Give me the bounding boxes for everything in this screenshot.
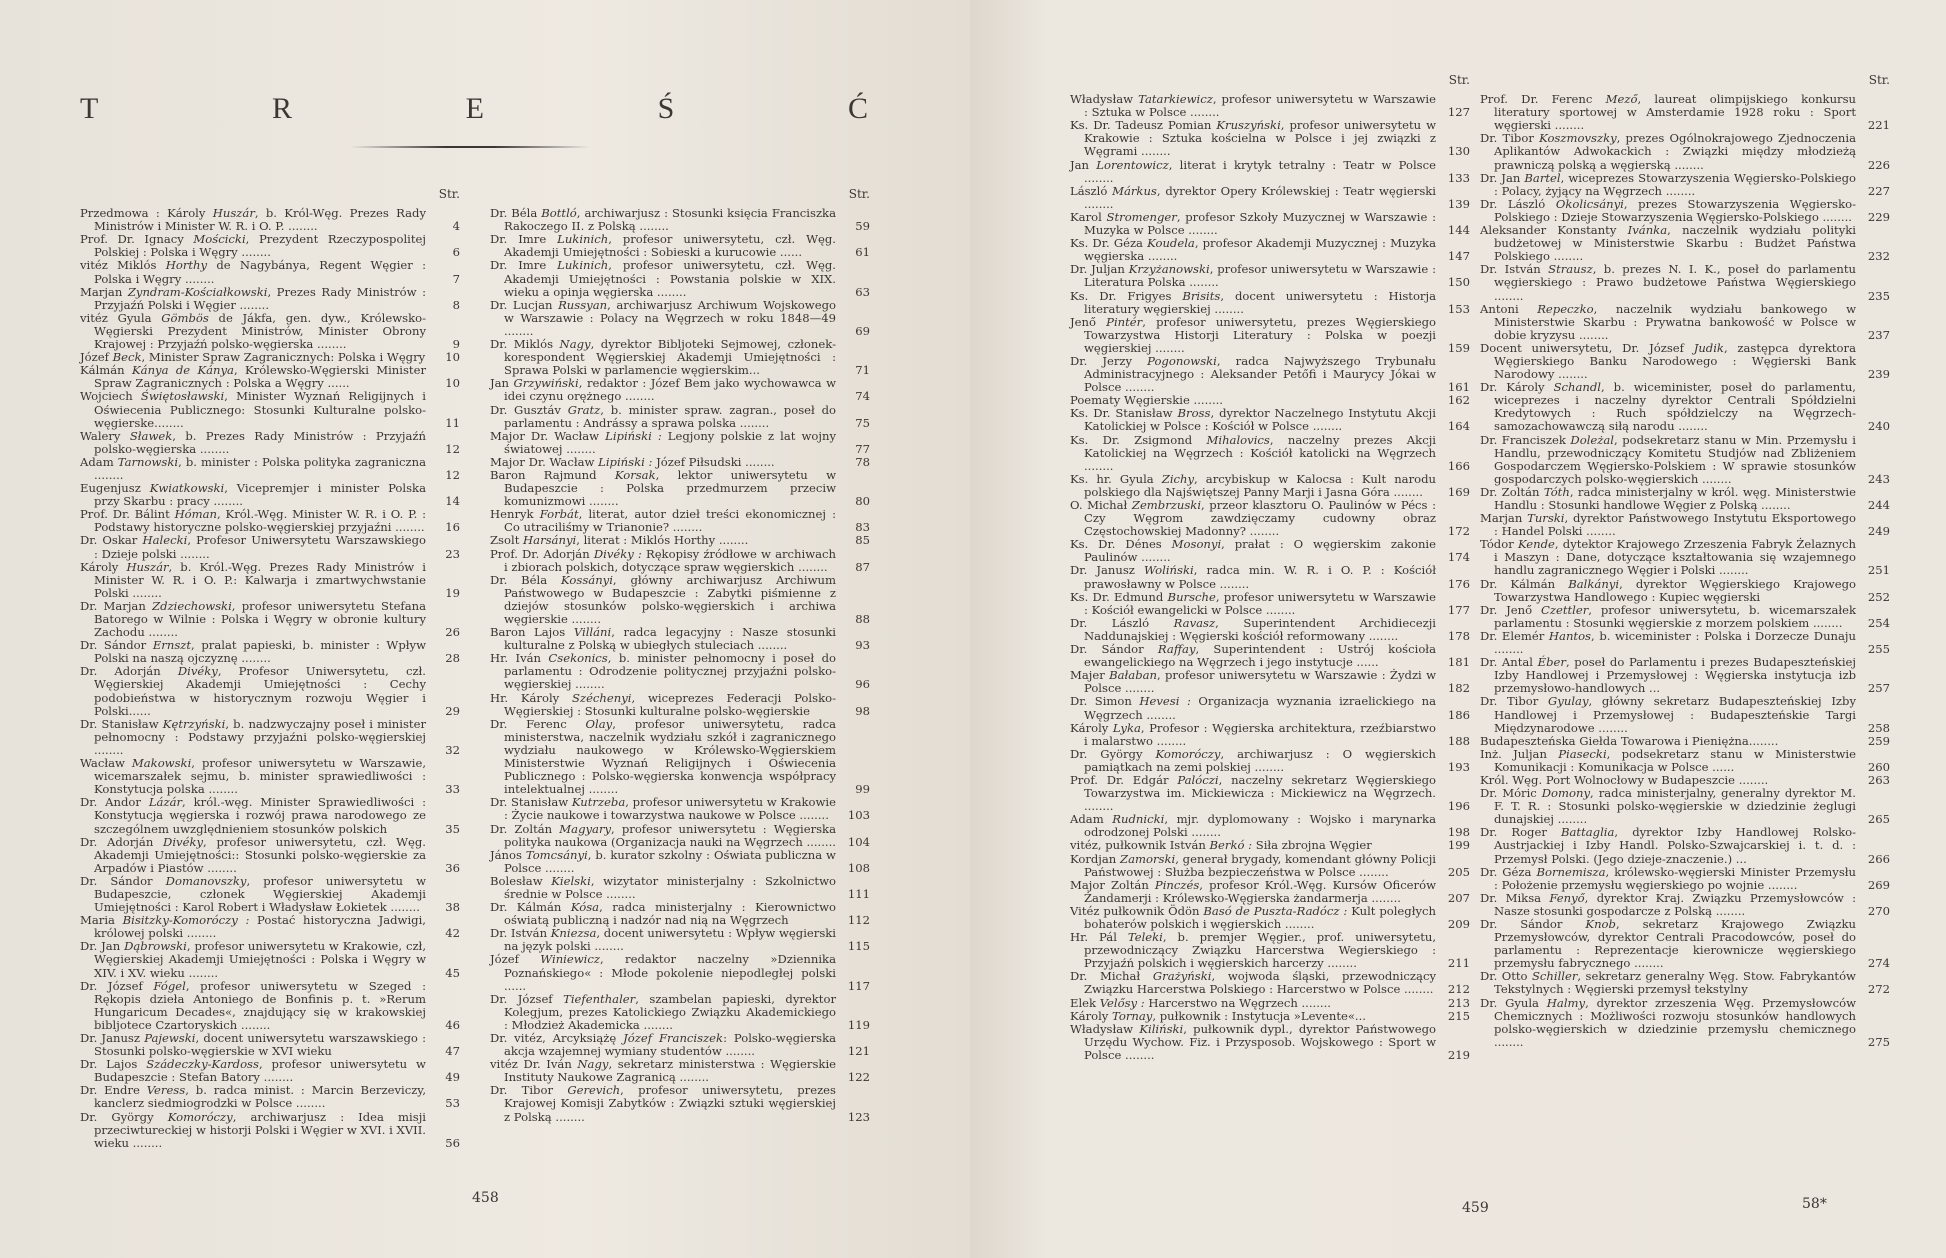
page-ref: 16 <box>426 521 460 534</box>
toc-entry: Baron Lajos Villáni, radca legacyjny : N… <box>490 626 870 652</box>
entry-prefix: Dr. Imre <box>490 232 557 246</box>
author-surname: Grzywiński <box>514 376 579 390</box>
author-surname: Szádeczky-Kardoss <box>146 1057 259 1071</box>
page-ref: 42 <box>426 927 460 940</box>
page-ref: 112 <box>836 914 870 927</box>
entry-prefix: Przedmowa : Károly <box>80 206 213 220</box>
entry-prefix: Wojciech <box>80 389 141 403</box>
left-page: T R E Ś Ć Str. Przedmowa : Károly Huszár… <box>0 0 970 1258</box>
toc-column-1: Str. Przedmowa : Károly Huszár, b. Król-… <box>80 188 460 1150</box>
page-ref: 147 <box>1436 250 1470 263</box>
entry-prefix: O. Michał <box>1070 498 1132 512</box>
page-ref: 26 <box>426 626 460 639</box>
toc-entry-text: Dr. Janusz Woliński, radca min. W. R. i … <box>1070 564 1436 590</box>
toc-entry: Dr. Elemér Hantos, b. wiceminister : Pol… <box>1480 630 1890 656</box>
author-surname: Tiefenthaler <box>563 992 635 1006</box>
toc-entry: Ks. Dr. Frigyes Brisits, docent uniwersy… <box>1070 290 1470 316</box>
page-ref: 88 <box>836 613 870 626</box>
entry-prefix: Dr. Elemér <box>1480 629 1549 643</box>
author-surname: Brisits <box>1182 289 1220 303</box>
toc-entry-text: Ks. Dr. Géza Koudela, profesor Akademji … <box>1070 237 1436 263</box>
toc-entry: Dr. Béla Kossányi, główny archiwarjusz A… <box>490 574 870 626</box>
author-surname: Makowski <box>132 756 191 770</box>
entry-prefix: Dr. György <box>80 1110 168 1124</box>
entry-prefix: Dr. Sándor <box>80 638 153 652</box>
toc-entry: Dr. Miklós Nagy, dyrektor Bibljoteki Sej… <box>490 338 870 377</box>
toc-entry-text: vitéz Dr. Iván Nagy, sekretarz ministers… <box>490 1058 836 1084</box>
page-ref: 63 <box>836 286 870 299</box>
author-surname: Éber <box>1538 655 1566 669</box>
toc-column-2: Str. Dr. Béla Bottló, archiwarjusz : Sto… <box>490 188 870 1124</box>
page-ref: 243 <box>1856 473 1890 486</box>
toc-entry-text: Baron Rajmund Korsak, lektor uniwersytet… <box>490 469 836 508</box>
toc-entry: László Márkus, dyrektor Opery Królewskie… <box>1070 185 1470 211</box>
toc-entry-text: Dr. Stanisław Kutrzeba, profesor uniwers… <box>490 796 836 822</box>
author-surname: Dąbrowski <box>124 939 187 953</box>
author-surname: Komoróczy <box>168 1110 233 1124</box>
page-ref: 259 <box>1856 735 1890 748</box>
entry-prefix: Dr. Imre <box>490 258 557 272</box>
page-ref: 69 <box>836 325 870 338</box>
toc-entry-text: Dr. Andor Lázár, król.-węg. Minister Spr… <box>80 796 426 835</box>
toc-entry: Hr. Károly Széchenyi, wiceprezes Federac… <box>490 692 870 718</box>
page-ref: 255 <box>1856 643 1890 656</box>
page-ref: 130 <box>1436 145 1470 158</box>
author-surname: Tóth <box>1544 485 1570 499</box>
toc-entry-text: Marjan Zyndram-Kościałkowski, Prezes Rad… <box>80 286 426 312</box>
column-header: Str. <box>490 188 870 201</box>
toc-entry: Ks. Dr. Dénes Mosonyi, prałat : O węgier… <box>1070 538 1470 564</box>
page-ref: 74 <box>836 390 870 403</box>
toc-entry-text: O. Michał Zembrzuski, przeor klasztoru O… <box>1070 499 1436 538</box>
author-surname: Pogonowski <box>1147 354 1217 368</box>
page-ref: 219 <box>1436 1049 1470 1062</box>
entry-prefix: Baron Lajos <box>490 625 574 639</box>
toc-entry: Vitéz pułkownik Ödön Basó de Puszta-Radó… <box>1070 905 1470 931</box>
page-ref: 205 <box>1436 866 1470 879</box>
author-surname: Lázár <box>149 795 182 809</box>
entry-prefix: Károly <box>1070 721 1113 735</box>
page-ref: 232 <box>1856 250 1890 263</box>
page-ref: 227 <box>1856 185 1890 198</box>
toc-entry-text: Władysław Tatarkiewicz, profesor uniwers… <box>1070 93 1436 119</box>
title-rule <box>350 146 590 148</box>
page-ref: 275 <box>1856 1036 1890 1049</box>
page-ref: 212 <box>1436 983 1470 996</box>
page-ref: 174 <box>1436 551 1470 564</box>
entry-prefix: vitéz Gyula <box>80 311 161 325</box>
toc-entry: Dr. Tibor Gyulay, główny sekretarz Budap… <box>1480 695 1890 734</box>
toc-entry-text: Károly Huszár, b. Król.-Węg. Prezes Rady… <box>80 561 426 600</box>
author-surname: Kwiatkowski <box>150 481 224 495</box>
author-surname: Fenyő <box>1549 891 1584 905</box>
toc-entry: Dr. Gyula Halmy, dyrektor zrzeszenia Węg… <box>1480 997 1890 1049</box>
toc-entry-text: Dr. Marjan Zdziechowski, profesor uniwer… <box>80 600 426 639</box>
page-ref: 35 <box>426 823 460 836</box>
toc-entry-text: Dr. Imre Lukinich, profesor uniwersytetu… <box>490 259 836 298</box>
toc-entry-text: Władysław Kiliński, pułkownik dypl., dyr… <box>1070 1023 1436 1062</box>
author-surname: Villáni <box>574 625 611 639</box>
toc-entry: Dr. Imre Lukinich, profesor uniwersytetu… <box>490 233 870 259</box>
page-ref: 226 <box>1856 159 1890 172</box>
author-surname: Pajewski <box>144 1031 195 1045</box>
author-surname: Koudela <box>1147 236 1195 250</box>
toc-entry: Prof. Dr. Adorján Divéky : Rękopisy źród… <box>490 548 870 574</box>
toc-entry: Dr. Simon Hevesi : Organizacja wyznania … <box>1070 695 1470 721</box>
toc-entry: Dr. György Komoróczy, archiwarjusz : Ide… <box>80 1111 460 1150</box>
page-ref: 213 <box>1436 997 1470 1010</box>
entry-prefix: Major Dr. Wacław <box>490 429 605 443</box>
entry-prefix: Dr. Ferenc <box>490 717 586 731</box>
entry-prefix: Károly <box>80 560 126 574</box>
toc-entry-text: Józef Winiewicz, redaktor naczelny »Dzie… <box>490 953 836 992</box>
author-surname: Bartel <box>1524 171 1560 185</box>
author-surname: Bornemisza <box>1536 865 1605 879</box>
page-ref: 240 <box>1856 420 1890 433</box>
toc-entry: Władysław Kiliński, pułkownik dypl., dyr… <box>1070 1023 1470 1062</box>
page-ref: 270 <box>1856 905 1890 918</box>
toc-entry-text: Dr. Tibor Gerevich, profesor uniwersytet… <box>490 1084 836 1123</box>
toc-entry-text: Dr. Sándor Knob, sekretarz Krajowego Zwi… <box>1480 918 1856 970</box>
entry-prefix: Baron Rajmund <box>490 468 615 482</box>
author-surname: Stromenger <box>1107 210 1177 224</box>
page-ref: 49 <box>426 1071 460 1084</box>
entry-prefix: Dr. Miksa <box>1480 891 1549 905</box>
entry-prefix: Dr. Franciszek <box>1480 433 1570 447</box>
page-ref: 251 <box>1856 564 1890 577</box>
author-surname: Ivánka <box>1628 223 1667 237</box>
page-ref: 229 <box>1856 211 1890 224</box>
entry-prefix: Marjan <box>1480 511 1527 525</box>
author-surname: Czettler <box>1541 603 1588 617</box>
title-letter: R <box>272 92 294 126</box>
toc-entry: Dr. László Okolicsányi, prezes Stowarzys… <box>1480 198 1890 224</box>
toc-entry-text: Dr. Zoltán Magyary, profesor uniwersytet… <box>490 823 836 849</box>
toc-entry-text: Dr. Károly Schandl, b. wiceminister, pos… <box>1480 381 1856 433</box>
toc-entry: Dr. Jerzy Pogonowski, radca Najwyższego … <box>1070 355 1470 394</box>
author-surname: Bross <box>1178 406 1211 420</box>
toc-entry: Dr. Stanisław Kutrzeba, profesor uniwers… <box>490 796 870 822</box>
toc-entry-text: Ks. Dr. Frigyes Brisits, docent uniwersy… <box>1070 290 1436 316</box>
author-surname: Teleki <box>1128 930 1163 944</box>
entry-prefix: Władysław <box>1070 92 1138 106</box>
toc-entry: Dr. Jan Dąbrowski, profesor uniwersytetu… <box>80 940 460 979</box>
page-ref: 122 <box>836 1071 870 1084</box>
toc-entry: Maria Bisitzky-Komoróczy : Postać histor… <box>80 914 460 940</box>
toc-entry-text: Dr. Stanisław Kętrzyński, b. nadzwyczajn… <box>80 718 426 757</box>
page-ref: 193 <box>1436 761 1470 774</box>
author-surname: Palóczi <box>1177 773 1218 787</box>
toc-entry-text: Dr. Móric Domony, radca ministerjalny, g… <box>1480 787 1856 826</box>
toc-entry-text: Dr. Gusztáv Gratz, b. minister spraw. za… <box>490 404 836 430</box>
page-ref: 199 <box>1436 839 1470 852</box>
entry-prefix: Ks. Dr. Géza <box>1070 236 1147 250</box>
page-ref: 254 <box>1856 617 1890 630</box>
entry-prefix: Dr. Andor <box>80 795 149 809</box>
entry-title: , Minister Spraw Zagranicznych: Polska i… <box>141 350 425 364</box>
entry-prefix: Król. Węg. Port Wolnocłowy w Budapeszcie… <box>1480 773 1768 787</box>
right-page: Str. Władysław Tatarkiewicz, profesor un… <box>970 0 1946 1258</box>
entry-prefix: Dr. Stanisław <box>80 717 163 731</box>
entry-prefix: Tódor <box>1480 537 1518 551</box>
author-surname: Hantos <box>1549 629 1591 643</box>
toc-entry-text: vitéz Miklós Horthy de Nagybánya, Regent… <box>80 259 426 285</box>
entry-prefix: Walery <box>80 429 130 443</box>
toc-entry-text: Walery Sławek, b. Prezes Rady Ministrów … <box>80 430 426 456</box>
toc-entry-text: Dr. Imre Lukinich, profesor uniwersytetu… <box>490 233 836 259</box>
title-letter: E <box>466 92 486 126</box>
toc-entry: Prof. Dr. Ignacy Mościcki, Prezydent Rze… <box>80 233 460 259</box>
author-surname: Tomcsányi <box>526 848 588 862</box>
entry-prefix: vitéz, pułkownik István <box>1070 838 1210 852</box>
toc-entry: Antoni Repeczko, naczelnik wydziału bank… <box>1480 303 1890 342</box>
toc-entry-text: Dr. József Tiefenthaler, szambelan papie… <box>490 993 836 1032</box>
entry-prefix: Dr. Béla <box>490 573 561 587</box>
author-surname: Veress <box>147 1083 185 1097</box>
toc-entry-text: László Márkus, dyrektor Opery Królewskie… <box>1070 185 1436 211</box>
page-ref: 104 <box>836 836 870 849</box>
page-ref: 159 <box>1436 342 1470 355</box>
toc-entry-text: Vitéz pułkownik Ödön Basó de Puszta-Radó… <box>1070 905 1436 931</box>
page-ref: 23 <box>426 548 460 561</box>
toc-entry-text: Dr. Sándor Ernszt, pralat papieski, b. m… <box>80 639 426 665</box>
page-ref: 162 <box>1436 394 1470 407</box>
title-letter: T <box>80 92 100 126</box>
page-ref: 260 <box>1856 761 1890 774</box>
page-ref: 10 <box>426 351 460 364</box>
entry-prefix: Hr. Pál <box>1070 930 1128 944</box>
toc-entry: Józef Winiewicz, redaktor naczelny »Dzie… <box>490 953 870 992</box>
author-surname: Gerevich <box>567 1083 620 1097</box>
author-surname: Divéky <box>163 835 203 849</box>
column-header: Str. <box>80 188 460 201</box>
column-header: Str. <box>1070 74 1470 87</box>
page-ref: 56 <box>426 1137 460 1150</box>
page-ref: 87 <box>836 561 870 574</box>
author-surname: Velősy : <box>1100 996 1145 1010</box>
toc-entry: Dr. Sándor Raffay, Superintendent : Ustr… <box>1070 643 1470 669</box>
page-ref: 272 <box>1856 983 1890 996</box>
author-surname: Nagy <box>577 1057 608 1071</box>
author-surname: Józef Franciszek <box>623 1031 723 1045</box>
entry-prefix: Dr. Adorján <box>80 835 163 849</box>
toc-entry: Ks. Dr. Edmund Bursche, profesor uniwers… <box>1070 591 1470 617</box>
toc-entry: Dr. vitéz, Arcyksiążę Józef Franciszek: … <box>490 1032 870 1058</box>
toc-entry-text: Dr. György Komoróczy, archiwarjusz : Ide… <box>80 1111 426 1150</box>
author-surname: Magyary <box>559 822 611 836</box>
entry-prefix: Majer <box>1070 668 1109 682</box>
author-surname: Olay <box>586 717 613 731</box>
page-ref: 274 <box>1856 957 1890 970</box>
entry-prefix: Dr. Janusz <box>80 1031 144 1045</box>
entry-prefix: Dr. Simon <box>1070 694 1139 708</box>
toc-entry: Prof. Dr. Bálint Hóman, Król.-Węg. Minis… <box>80 508 460 534</box>
author-surname: Zembrzuski <box>1132 498 1201 512</box>
toc-entry: Károly Huszár, b. Król.-Węg. Prezes Rady… <box>80 561 460 600</box>
toc-entry: Dr. Zoltán Magyary, profesor uniwersytet… <box>490 823 870 849</box>
toc-entry-text: Ks. Dr. Dénes Mosonyi, prałat : O węgier… <box>1070 538 1436 564</box>
toc-entry: Marjan Turski, dyrektor Państwowego Inst… <box>1480 512 1890 538</box>
toc-entry: Dr. Zoltán Tóth, radca ministerjalny w k… <box>1480 486 1890 512</box>
toc-entry-text: Károly Lyka, Profesor : Węgierska archit… <box>1070 722 1436 748</box>
page-ref: 257 <box>1856 682 1890 695</box>
author-surname: Domony <box>1542 786 1590 800</box>
page-ref: 93 <box>836 639 870 652</box>
toc-entry-text: Dr. Elemér Hantos, b. wiceminister : Pol… <box>1480 630 1856 656</box>
toc-entry: Hr. Pál Teleki, b. premjer Węgier., prof… <box>1070 931 1470 970</box>
page-number-left: 458 <box>472 1190 499 1206</box>
author-surname: Zichy <box>1162 472 1194 486</box>
entry-prefix: Dr. Zoltán <box>1480 485 1544 499</box>
author-surname: Turski <box>1527 511 1564 525</box>
toc-entry-text: Dr. Kálmán Kósa, radca ministerjalny : K… <box>490 901 836 927</box>
signature-mark: 58* <box>1802 1196 1827 1212</box>
page-ref: 237 <box>1856 329 1890 342</box>
toc-entry-text: Majer Bałaban, profesor uniwersytetu w W… <box>1070 669 1436 695</box>
toc-entry-text: Aleksander Konstanty Ivánka, naczelnik w… <box>1480 224 1856 263</box>
page-ref: 207 <box>1436 892 1470 905</box>
entry-prefix: Józef <box>490 952 540 966</box>
entry-prefix: Dr. György <box>1070 747 1155 761</box>
page-ref: 45 <box>426 967 460 980</box>
toc-entry: Adam Rudnicki, mjr. dyplomowany : Wojsko… <box>1070 813 1470 839</box>
author-surname: Nagy <box>560 337 591 351</box>
toc-entry-text: Dr. Sándor Domanovszky, profesor uniwers… <box>80 875 426 914</box>
entry-prefix: Vitéz pułkownik Ödön <box>1070 904 1203 918</box>
page-ref: 150 <box>1436 276 1470 289</box>
toc-entry-text: Dr. Roger Battaglia, dyrektor Izby Handl… <box>1480 826 1856 865</box>
toc-entry-text: Ks. Dr. Stanisław Bross, dyrektor Naczel… <box>1070 407 1436 433</box>
entry-prefix: Prof. Dr. Adorján <box>490 547 594 561</box>
toc-entry: Dr. Béla Bottló, archiwarjusz : Stosunki… <box>490 207 870 233</box>
entry-prefix: Dr. Oskar <box>80 533 142 547</box>
entry-prefix: Dr. Jan <box>80 939 124 953</box>
author-surname: Horthy <box>166 258 207 272</box>
page-ref: 265 <box>1856 813 1890 826</box>
toc-entry: Majer Bałaban, profesor uniwersytetu w W… <box>1070 669 1470 695</box>
page-ref: 11 <box>426 417 460 430</box>
toc-entry: Dr. Endre Veress, b. radca minist. : Mar… <box>80 1084 460 1110</box>
toc-entry: vitéz Dr. Iván Nagy, sekretarz ministers… <box>490 1058 870 1084</box>
entry-prefix: Dr. Béla <box>490 206 541 220</box>
page-ref: 121 <box>836 1045 870 1058</box>
entry-prefix: Dr. Marjan <box>80 599 152 613</box>
page-ref: 7 <box>426 273 460 286</box>
toc-entry: Inż. Juljan Piasecki, podsekretarz stanu… <box>1480 748 1890 774</box>
toc-entry: Dr. Franciszek Doleżal, podsekretarz sta… <box>1480 434 1890 486</box>
author-surname: Hevesi : <box>1139 694 1190 708</box>
toc-entry: Dr. István Kniezsa, docent uniwersytetu … <box>490 927 870 953</box>
author-surname: Judik <box>1694 341 1724 355</box>
toc-entry: Dr. József Fógel, profesor uniwersytetu … <box>80 980 460 1032</box>
toc-entry-text: Karol Stromenger, profesor Szkoły Muzycz… <box>1070 211 1436 237</box>
page-ref: 169 <box>1436 486 1470 499</box>
toc-entry: Jan Grzywiński, redaktor : Józef Bem jak… <box>490 377 870 403</box>
entry-prefix: Prof. Dr. Bálint <box>80 507 175 521</box>
author-surname: Kniezsa <box>551 926 597 940</box>
page-ref: 117 <box>836 980 870 993</box>
toc-entry: Dr. Adorján Divéky, profesor uniwersytet… <box>80 836 460 875</box>
toc-entry: Przedmowa : Károly Huszár, b. Król-Węg. … <box>80 207 460 233</box>
toc-entry-text: Dr. Michał Grażyński, wojwoda śląski, pr… <box>1070 970 1436 996</box>
author-surname: Kętrzyński <box>163 717 226 731</box>
toc-entry-text: Maria Bisitzky-Komoróczy : Postać histor… <box>80 914 426 940</box>
page-ref: 78 <box>836 456 870 469</box>
entry-title: , literat : Miklós Horthy ........ <box>576 533 748 547</box>
page-ref: 153 <box>1436 303 1470 316</box>
entry-prefix: Dr. József <box>490 992 563 1006</box>
page-ref: 182 <box>1436 682 1470 695</box>
toc-entry: Ks. Dr. Stanisław Bross, dyrektor Naczel… <box>1070 407 1470 433</box>
author-surname: Ernszt <box>153 638 191 652</box>
toc-entry-text: Major Zoltán Pinczés, profesor Król.-Węg… <box>1070 879 1436 905</box>
toc-entry: Dr. Sándor Knob, sekretarz Krajowego Zwi… <box>1480 918 1890 970</box>
toc-entry-text: Ks. Dr. Zsigmond Mihalovics, naczelny pr… <box>1070 434 1436 473</box>
toc-entry: Prof. Dr. Edgár Palóczi, naczelny sekret… <box>1070 774 1470 813</box>
toc-entry: Jan Lorentowicz, literat i krytyk tetral… <box>1070 159 1470 185</box>
toc-entry-text: Jan Lorentowicz, literat i krytyk tetral… <box>1070 159 1436 185</box>
entry-prefix: Prof. Dr. Ignacy <box>80 232 193 246</box>
author-surname: Balkányi <box>1568 577 1619 591</box>
author-surname: Mihalovics <box>1207 433 1270 447</box>
author-surname: Gyulay <box>1548 694 1588 708</box>
author-surname: Divéky : <box>594 547 642 561</box>
toc-entry-text: Dr. Tibor Gyulay, główny sekretarz Budap… <box>1480 695 1856 734</box>
toc-entry-text: Dr. Géza Bornemisza, królewsko-węgierski… <box>1480 866 1856 892</box>
author-surname: Schiller <box>1532 969 1577 983</box>
entry-prefix: Ks. Dr. Tadeusz Pomian <box>1070 118 1216 132</box>
author-surname: Strausz <box>1548 262 1593 276</box>
toc-entry-text: Dr. Miksa Fenyő, dyrektor Kraj. Związku … <box>1480 892 1856 918</box>
toc-entry-text: Hr. Iván Csekonics, b. minister pełnomoc… <box>490 652 836 691</box>
entry-prefix: Dr. Jerzy <box>1070 354 1147 368</box>
author-surname: Széchenyi <box>572 691 631 705</box>
entry-prefix: Adam <box>1070 812 1112 826</box>
author-surname: Kende <box>1518 537 1555 551</box>
author-surname: Hóman <box>175 507 217 521</box>
page-ref: 108 <box>836 862 870 875</box>
page-ref: 164 <box>1436 420 1470 433</box>
page-ref: 33 <box>426 783 460 796</box>
author-surname: Piasecki <box>1558 747 1606 761</box>
toc-entry: Tódor Kende, dytektor Krajowego Zrzeszen… <box>1480 538 1890 577</box>
toc-entry-text: Ks. Dr. Edmund Bursche, profesor uniwers… <box>1070 591 1436 617</box>
author-surname: Márkus <box>1112 184 1157 198</box>
entry-prefix: Ks. Dr. Dénes <box>1070 537 1172 551</box>
entry-prefix: Ks. Dr. Zsigmond <box>1070 433 1207 447</box>
entry-prefix: Dr. Tibor <box>1480 694 1548 708</box>
toc-entry-text: Dr. Zoltán Tóth, radca ministerjalny w k… <box>1480 486 1856 512</box>
toc-entry: Dr. Otto Schiller, sekretarz generalny W… <box>1480 970 1890 996</box>
toc-entry-text: Dr. József Fógel, profesor uniwersytetu … <box>80 980 426 1032</box>
toc-entry-text: Przedmowa : Károly Huszár, b. Król-Węg. … <box>80 207 426 233</box>
author-surname: Okolicsányi <box>1556 197 1624 211</box>
toc-entry: Dr. Oskar Halecki, Profesor Uniwersytetu… <box>80 534 460 560</box>
page-ref: 77 <box>836 443 870 456</box>
author-surname: Mosonyi <box>1172 537 1222 551</box>
toc-entry: Dr. Kálmán Kósa, radca ministerjalny : K… <box>490 901 870 927</box>
author-surname: Kielski <box>551 874 591 888</box>
author-surname: Krzyżanowski <box>1129 262 1210 276</box>
toc-entry: Major Dr. Wacław Lipiński : Legjony pols… <box>490 430 870 456</box>
author-surname: Bottló <box>541 206 577 220</box>
toc-column-3: Str. Władysław Tatarkiewicz, profesor un… <box>1070 74 1470 1062</box>
entry-prefix: Dr. Lajos <box>80 1057 146 1071</box>
toc-entry: Walery Sławek, b. Prezes Rady Ministrów … <box>80 430 460 456</box>
entry-prefix: Dr. Zoltán <box>490 822 559 836</box>
toc-entry: Dr. Károly Schandl, b. wiceminister, pos… <box>1480 381 1890 433</box>
page-ref: 32 <box>426 744 460 757</box>
